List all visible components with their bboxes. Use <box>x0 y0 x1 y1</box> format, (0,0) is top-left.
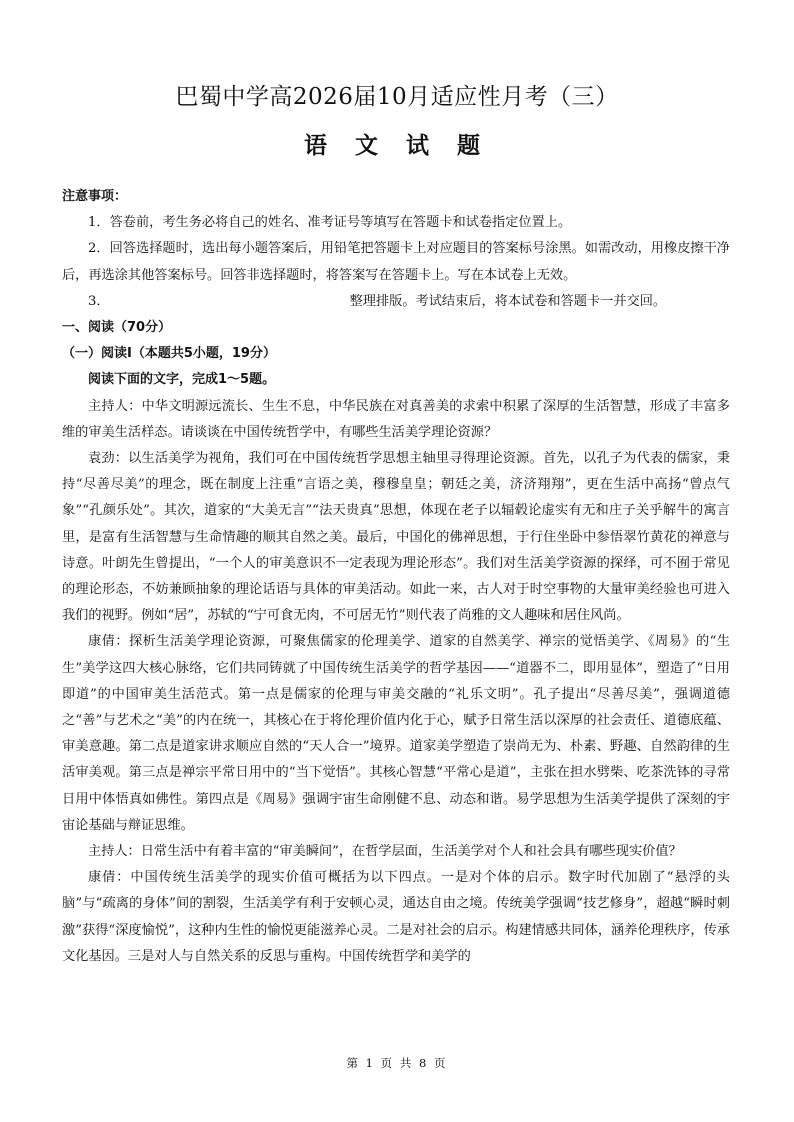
notice-item-3-suffix: 整理排版。考试结束后，将本试卷和答题卡一并交回。 <box>350 294 667 309</box>
passage-paragraph: 康倩：探析生活美学理论资源，可聚焦儒家的伦理美学、道家的自然美学、禅宗的觉悟美学… <box>62 629 730 839</box>
notice-heading: 注意事项： <box>62 184 730 210</box>
section-heading: 一、阅读（70分） <box>62 315 730 341</box>
notice-item-3-prefix: 3． <box>88 294 110 309</box>
notice-item-1: 1．答卷前，考生务必将自己的姓名、准考证号等填写在答题卡和试卷指定位置上。 <box>62 210 730 236</box>
notice-item-2: 2．回答选择题时，选出每小题答案后，用铅笔把答题卡上对应题目的答案标号涂黑。如需… <box>62 236 730 288</box>
exam-title: 巴蜀中学高2026届10月适应性月考（三） <box>0 78 794 111</box>
notice-item-3: 3．整理排版。考试结束后，将本试卷和答题卡一并交回。 <box>62 289 730 315</box>
page-number: 第 1 页 共 8 页 <box>0 1055 794 1071</box>
exam-page: 巴蜀中学高2026届10月适应性月考（三） 语 文 试 题 注意事项： 1．答卷… <box>0 0 794 1122</box>
passage-paragraph: 主持人：中华文明源远流长、生生不息，中华民族在对真善美的求索中积累了深厚的生活智… <box>62 394 730 446</box>
subject-title: 语 文 试 题 <box>0 127 794 160</box>
page-body: 注意事项： 1．答卷前，考生务必将自己的姓名、准考证号等填写在答题卡和试卷指定位… <box>62 184 730 970</box>
passage-paragraph: 康倩：中国传统生活美学的现实价值可概括为以下四点。一是对个体的启示。数字时代加剧… <box>62 865 730 970</box>
passage-paragraph: 袁劲：以生活美学为视角，我们可在中国传统哲学思想主轴里寻得理论资源。首先，以孔子… <box>62 446 730 629</box>
subsection-heading: （一）阅读Ⅰ（本题共5小题，19分） <box>62 341 730 367</box>
reading-instruction: 阅读下面的文字，完成1～5题。 <box>62 367 730 393</box>
passage-paragraph: 主持人：日常生活中有着丰富的“审美瞬间”，在哲学层面，生活美学对个人和社会具有哪… <box>62 839 730 865</box>
